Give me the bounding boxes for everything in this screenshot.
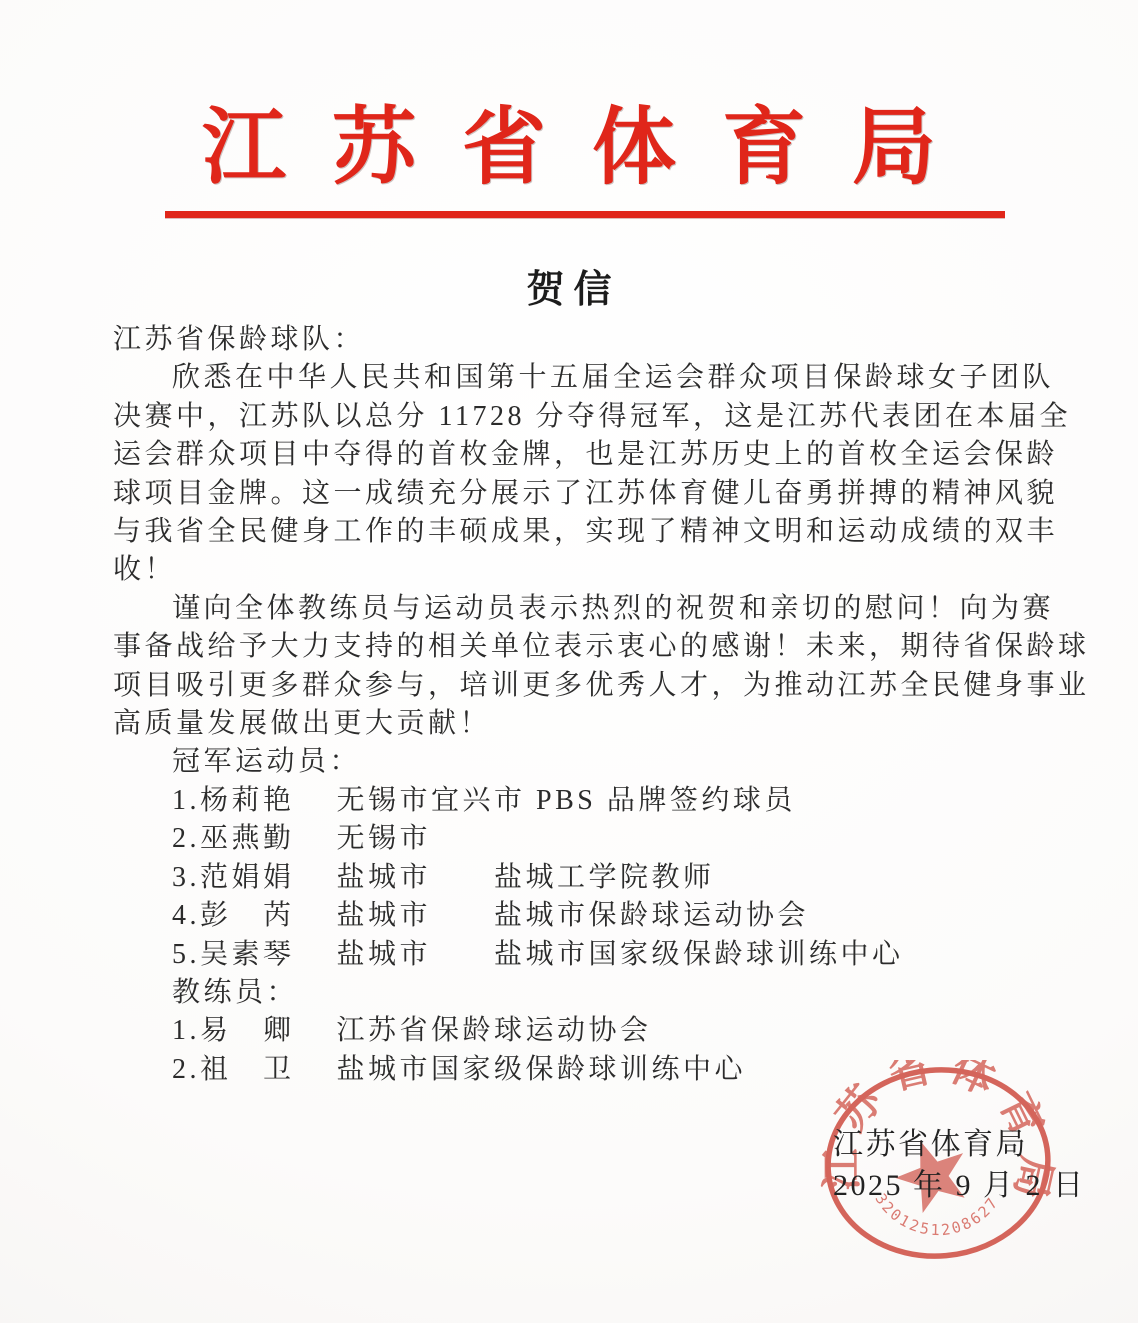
paragraph1-line: 收！ [113, 551, 1073, 589]
champions-heading: 冠军运动员： [113, 743, 1073, 781]
signature-org: 江苏省体育局 [833, 1124, 1086, 1165]
letter-body: 江苏省保龄球队： 欣悉在中华人民共和国第十五届全运会群众项目保龄球女子团队 决赛… [113, 321, 1073, 1089]
letter-title: 贺信 [0, 258, 1138, 313]
paragraph1-line: 球项目金牌。这一成绩充分展示了江苏体育健儿奋勇拼搏的精神风貌 [113, 475, 1073, 513]
paragraph2-line: 项目吸引更多群众参与，培训更多优秀人才，为推动江苏全民健身事业 [113, 667, 1073, 705]
champion-item: 5.吴素琴 盐城市 盐城市国家级保龄球训练中心 [113, 936, 1073, 974]
letterhead-divider-rule [165, 211, 1005, 218]
scanned-letter-page: 江苏省体育局 贺信 江苏省保龄球队： 欣悉在中华人民共和国第十五届全运会群众项目… [0, 0, 1138, 1323]
paragraph2-line: 高质量发展做出更大贡献！ [113, 705, 1073, 743]
coaches-heading: 教练员： [113, 974, 1073, 1012]
letterhead-org-name: 江苏省体育局 [0, 80, 1138, 201]
paragraph2-line: 事备战给予大力支持的相关单位表示衷心的感谢！未来，期待省保龄球 [113, 628, 1073, 666]
paragraph1-line: 欣悉在中华人民共和国第十五届全运会群众项目保龄球女子团队 [113, 359, 1073, 397]
paragraph1-line: 与我省全民健身工作的丰硕成果，实现了精神文明和运动成绩的双丰 [113, 513, 1073, 551]
signature-date: 2025 年 9 月 2 日 [833, 1165, 1086, 1206]
paragraph1-line: 决赛中，江苏队以总分 11728 分夺得冠军，这是江苏代表团在本届全 [113, 398, 1073, 436]
champion-item: 4.彭 芮 盐城市 盐城市保龄球运动协会 [113, 897, 1073, 935]
champion-item: 2.巫燕勤 无锡市 [113, 820, 1073, 858]
paragraph1-line: 运会群众项目中夺得的首枚金牌，也是江苏历史上的首枚全运会保龄 [113, 436, 1073, 474]
salutation: 江苏省保龄球队： [113, 321, 1073, 359]
coach-item: 1.易 卿 江苏省保龄球运动协会 [113, 1012, 1073, 1050]
paragraph2-line: 谨向全体教练员与运动员表示热烈的祝贺和亲切的慰问！向为赛 [113, 590, 1073, 628]
champion-item: 1.杨莉艳 无锡市宜兴市 PBS 品牌签约球员 [113, 782, 1073, 820]
signature-block: 江苏省体育局 2025 年 9 月 2 日 [833, 1124, 1086, 1206]
champion-item: 3.范娟娟 盐城市 盐城工学院教师 [113, 859, 1073, 897]
